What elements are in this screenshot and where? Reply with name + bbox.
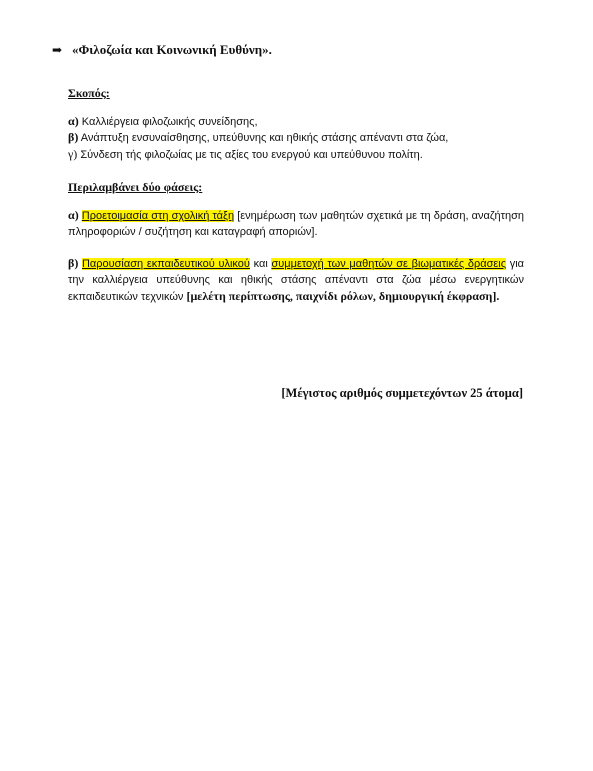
phase-b: β) Παρουσίαση εκπαιδευτικού υλικού και σ… [68,256,524,306]
title-text: «Φιλοζωία και Κοινωνική Ευθύνη». [72,42,272,57]
max-participants: [Μέγιστος αριθμός συμμετεχόντων 25 άτομα… [281,386,523,401]
phase-a-highlight: Προετοιμασία στη σχολική τάξη [82,210,234,222]
goal-item: β) Ανάπτυξη ενσυναίσθησης, υπεύθυνης και… [68,130,524,147]
goal-item: α) Καλλιέργεια φιλοζωικής συνείδησης, [68,114,524,131]
phase-b-highlight-1: Παρουσίαση εκπαιδευτικού υλικού [82,258,250,270]
phase-b-highlight-2: συμμετοχή των μαθητών σε βιωματικές δράσ… [271,258,506,270]
goal-section: Σκοπός: α) Καλλιέργεια φιλοζωικής συνείδ… [68,86,524,163]
goal-heading: Σκοπός: [68,86,524,102]
document-title: ➡«Φιλοζωία και Κοινωνική Ευθύνη». [52,42,272,58]
phases-section: Περιλαμβάνει δύο φάσεις: α) Προετοιμασία… [68,180,524,305]
phase-a: α) Προετοιμασία στη σχολική τάξη [ενημέρ… [68,208,524,241]
phases-heading: Περιλαμβάνει δύο φάσεις: [68,180,524,196]
goal-item: γ) Σύνδεση τής φιλοζωίας με τις αξίες το… [68,147,524,164]
right-arrow-icon: ➡ [52,43,66,58]
